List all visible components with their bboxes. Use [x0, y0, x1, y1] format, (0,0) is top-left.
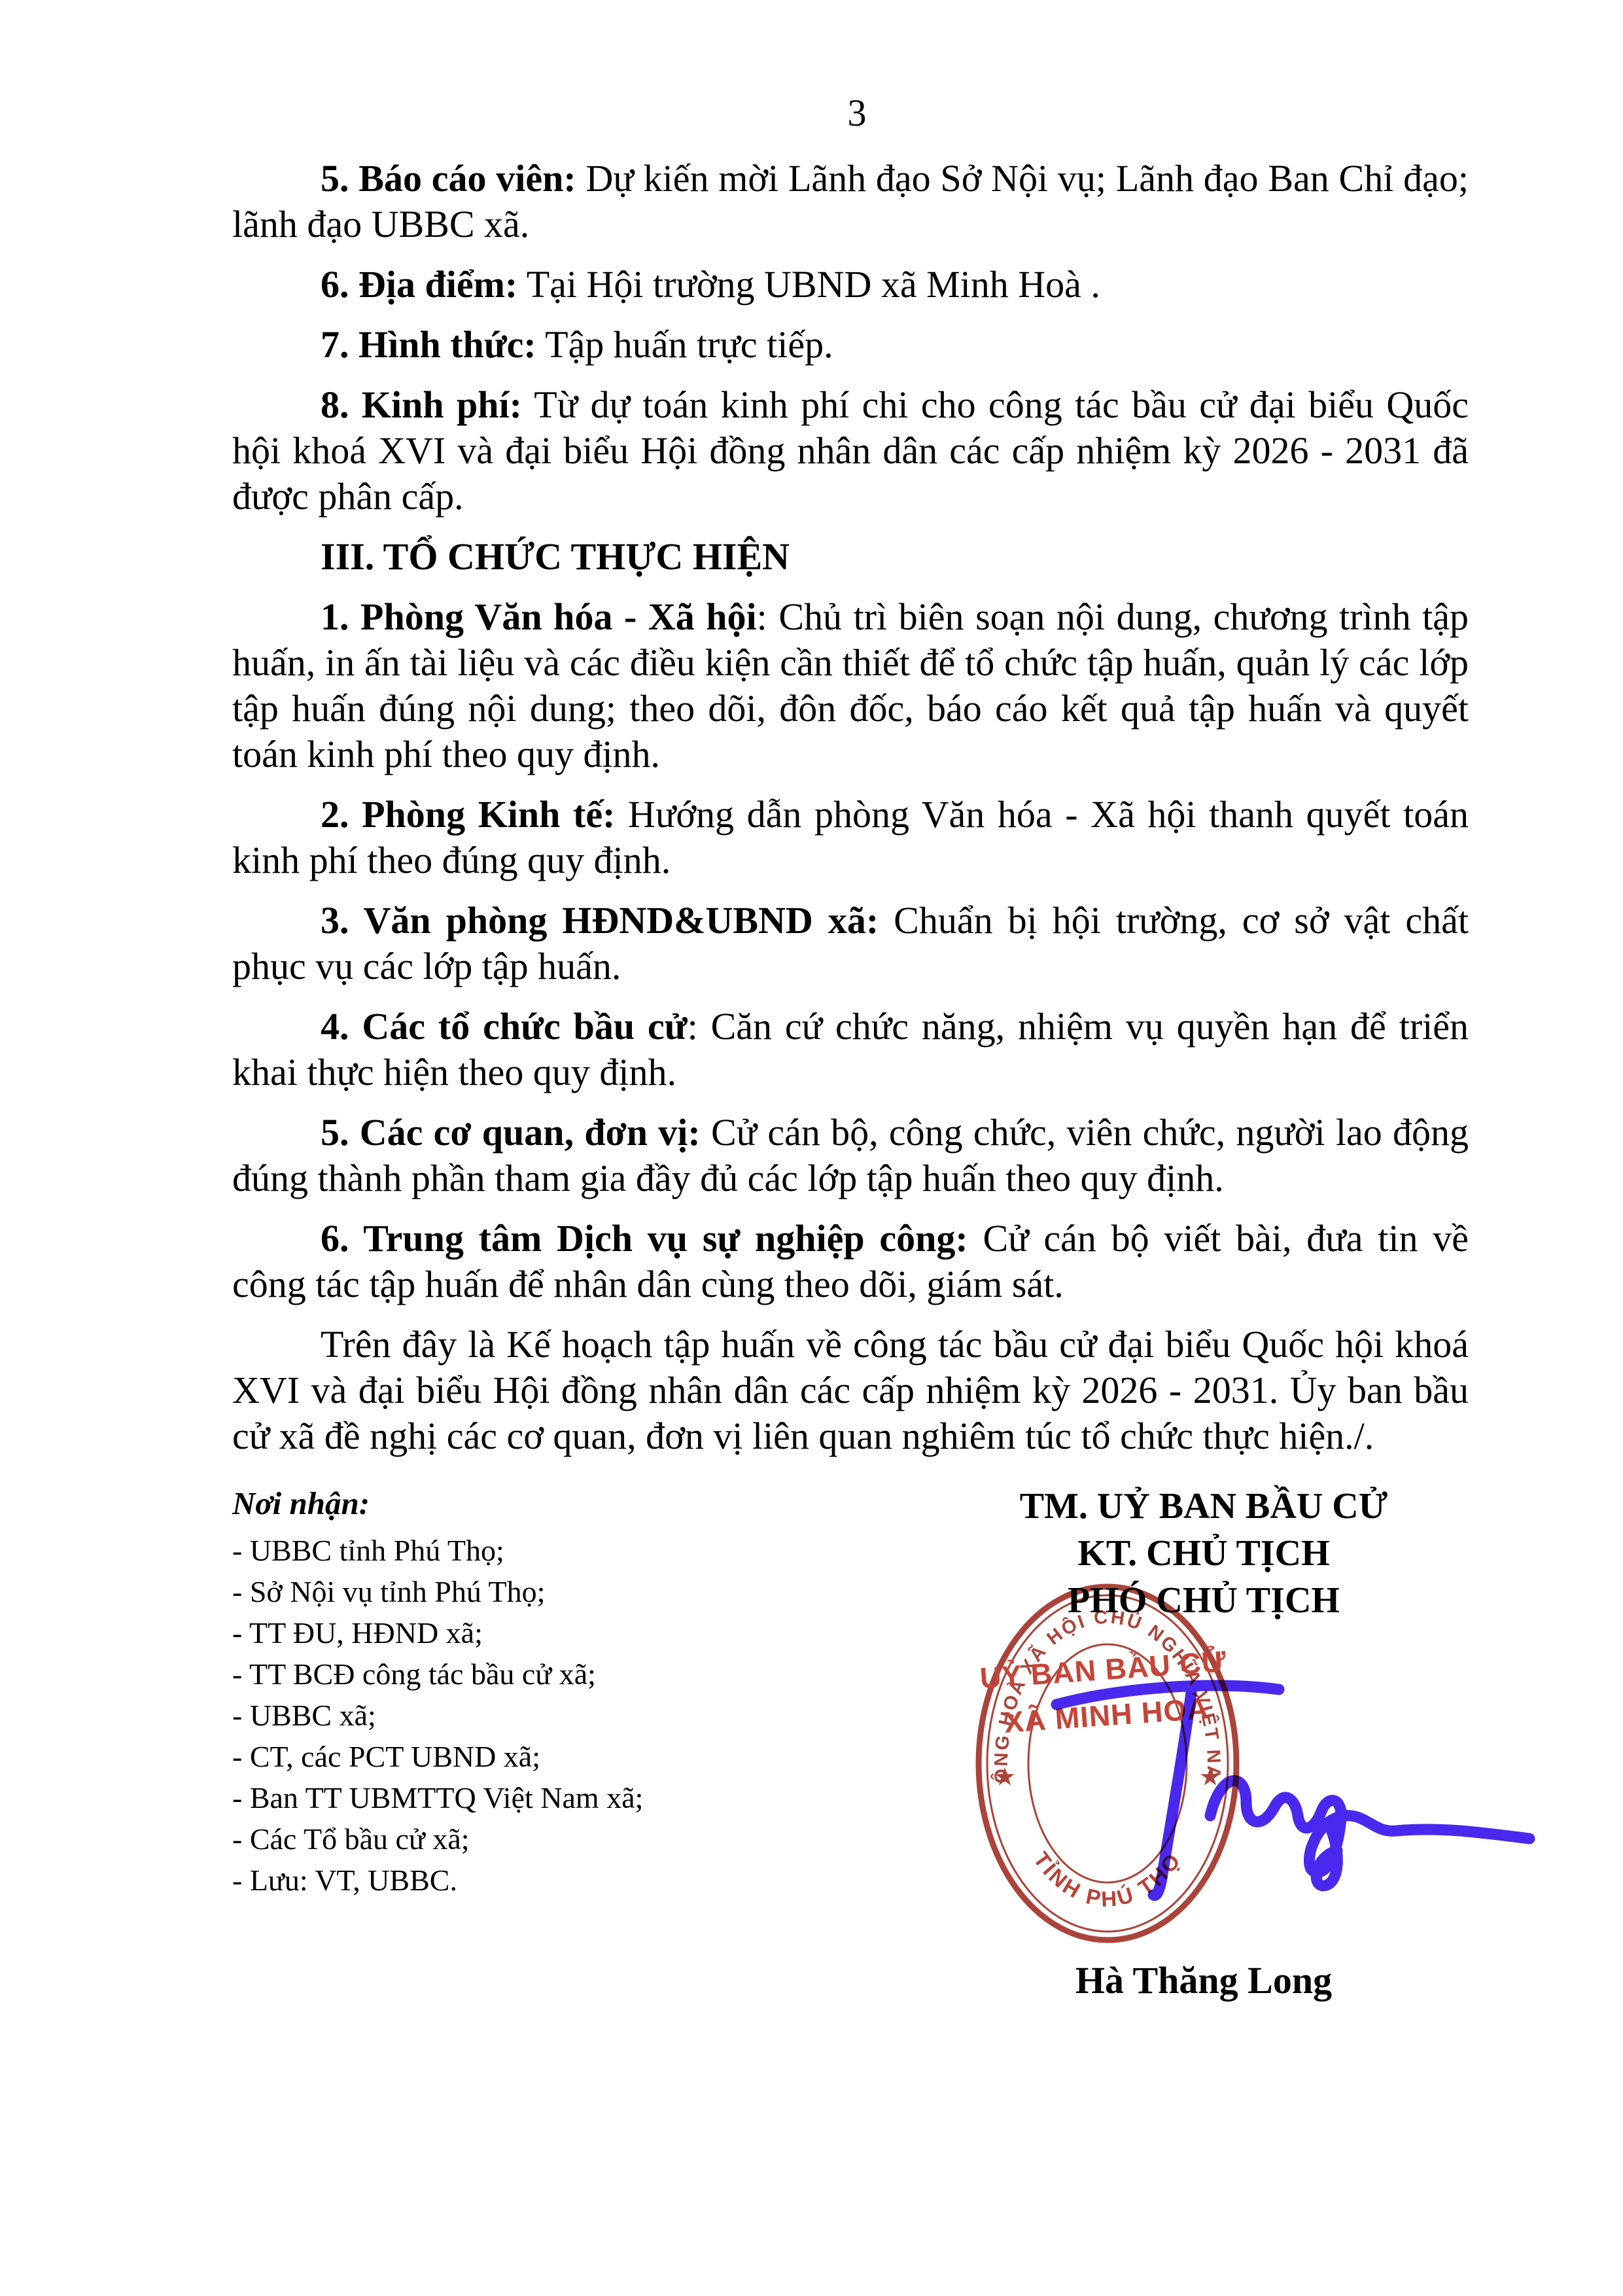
org-2-label: 2. Phòng Kinh tế: — [321, 793, 615, 836]
recipient-item: - UBBC tỉnh Phú Thọ; — [232, 1530, 873, 1571]
paragraph-org-4: 4. Các tổ chức bầu cử: Căn cứ chức năng,… — [232, 1004, 1469, 1095]
paragraph-item-5: 5. Báo cáo viên: Dự kiến mời Lãnh đạo Sở… — [232, 156, 1469, 247]
stamp-star-left-icon: ★ — [995, 1765, 1015, 1790]
section-heading-iii: III. TỔ CHỨC THỰC HIỆN — [232, 534, 1469, 580]
recipient-item: - TT BCĐ công tác bầu cử xã; — [232, 1653, 873, 1695]
kt-chairman-line: KT. CHỦ TỊCH — [949, 1530, 1459, 1577]
signing-authority-line: TM. UỶ BAN BẦU CỬ — [949, 1483, 1459, 1530]
document-body: 5. Báo cáo viên: Dự kiến mời Lãnh đạo Sở… — [232, 156, 1469, 1459]
paragraph-org-1: 1. Phòng Văn hóa - Xã hội: Chủ trì biên … — [232, 594, 1469, 777]
item-8-label: 8. Kinh phí: — [321, 383, 522, 426]
page-number: 3 — [848, 90, 867, 136]
paragraph-item-6: 6. Địa điểm: Tại Hội trường UBND xã Minh… — [232, 262, 1469, 308]
item-7-label: 7. Hình thức: — [321, 323, 536, 366]
paragraph-org-6: 6. Trung tâm Dịch vụ sự nghiệp công: Cử … — [232, 1216, 1469, 1307]
paragraph-org-3: 3. Văn phòng HĐND&UBND xã: Chuẩn bị hội … — [232, 898, 1469, 989]
recipient-item: - Lưu: VT, UBBC. — [232, 1860, 873, 1901]
recipients-block: Nơi nhận: - UBBC tỉnh Phú Thọ; - Sở Nội … — [232, 1483, 873, 1901]
document-page: 3 5. Báo cáo viên: Dự kiến mời Lãnh đạo … — [0, 0, 1623, 2296]
paragraph-org-2: 2. Phòng Kinh tế: Hướng dẫn phòng Văn hó… — [232, 792, 1469, 883]
handwritten-signature — [1021, 1590, 1570, 1930]
item-6-text: Tại Hội trường UBND xã Minh Hoà . — [517, 263, 1100, 306]
recipient-item: - CT, các PCT UBND xã; — [232, 1736, 873, 1777]
item-5-label: 5. Báo cáo viên: — [321, 157, 576, 200]
paragraph-org-5: 5. Các cơ quan, đơn vị: Cử cán bộ, công … — [232, 1110, 1469, 1201]
closing-paragraph: Trên đây là Kế hoạch tập huấn về công tá… — [232, 1322, 1469, 1459]
org-6-label: 6. Trung tâm Dịch vụ sự nghiệp công: — [321, 1217, 968, 1260]
item-7-text: Tập huấn trực tiếp. — [536, 323, 833, 366]
paragraph-item-7: 7. Hình thức: Tập huấn trực tiếp. — [232, 322, 1469, 368]
signer-name: Hà Thăng Long — [949, 1958, 1459, 2004]
recipient-item: - TT ĐU, HĐND xã; — [232, 1612, 873, 1653]
recipient-item: - UBBC xã; — [232, 1695, 873, 1736]
recipient-item: - Các Tổ bầu cử xã; — [232, 1818, 873, 1860]
recipients-label: Nơi nhận: — [232, 1483, 873, 1525]
recipient-item: - Sở Nội vụ tỉnh Phú Thọ; — [232, 1571, 873, 1612]
org-3-label: 3. Văn phòng HĐND&UBND xã: — [321, 899, 879, 942]
org-5-label: 5. Các cơ quan, đơn vị: — [321, 1111, 701, 1154]
org-4-label: 4. Các tổ chức bầu cử — [321, 1005, 688, 1048]
recipient-item: - Ban TT UBMTTQ Việt Nam xã; — [232, 1777, 873, 1818]
item-6-label: 6. Địa điểm: — [321, 263, 517, 306]
paragraph-item-8: 8. Kinh phí: Từ dự toán kinh phí chi cho… — [232, 382, 1469, 520]
org-1-label: 1. Phòng Văn hóa - Xã hội — [321, 595, 757, 638]
